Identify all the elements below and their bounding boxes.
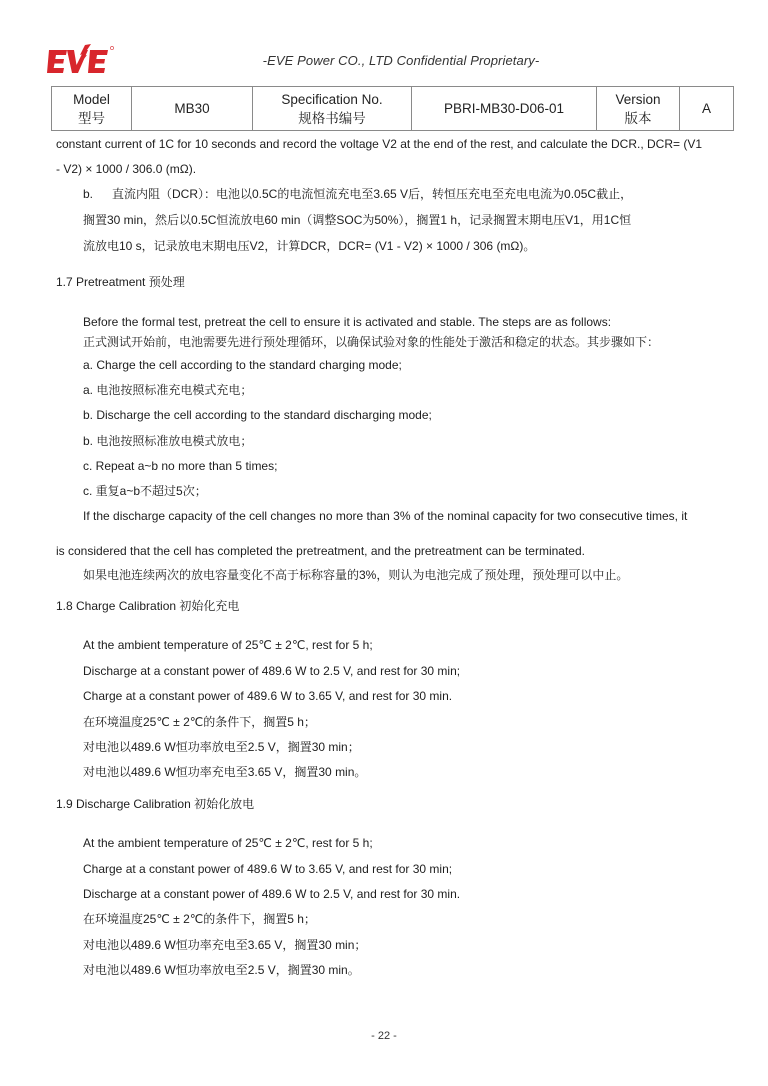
paragraph-line: At the ambient temperature of 25℃ ± 2℃, … [83,835,373,851]
paragraph-line: 直流内阻（DCR）：电池以0.5C的电流恒流充电至3.65 V后，转恒压充电至充… [112,186,632,202]
paragraph-line: b. 电池按照标准放电模式放电； [83,433,252,449]
paragraph-line: is considered that the cell has complete… [56,543,585,559]
paragraph-line: - V2) × 1000 / 306.0 (mΩ). [56,161,196,177]
version-value: A [680,87,734,131]
paragraph-line: 对电池以489.6 W恒功率放电至2.5 V，搁置30 min。 [83,962,360,978]
paragraph-line: a. Charge the cell according to the stan… [83,357,402,373]
paragraph-line: 正式测试开始前，电池需要先进行预处理循环，以确保试验对象的性能处于激活和稳定的状… [83,334,659,350]
paragraph-line: a. 电池按照标准充电模式充电； [83,382,252,398]
header-title: -EVE Power CO., LTD Confidential Proprie… [0,53,768,68]
confidential-label: -EVE Power CO., LTD Confidential Proprie… [263,53,540,68]
paragraph-line: At the ambient temperature of 25℃ ± 2℃, … [83,637,373,653]
spec-table: Model 型号 MB30 Specification No. 规格书编号 PB… [51,86,734,131]
section-heading-charge-calibration: 1.8 Charge Calibration 初始化充电 [56,598,239,614]
paragraph-line: If the discharge capacity of the cell ch… [83,508,687,524]
paragraph-line: 在环境温度25℃ ± 2℃的条件下，搁置5 h； [83,911,316,927]
paragraph-line: Discharge at a constant power of 489.6 W… [83,663,460,679]
paragraph-line: c. 重复a~b不超过5次； [83,483,207,499]
section-heading-discharge-calibration: 1.9 Discharge Calibration 初始化放电 [56,796,254,812]
version-label-cell: Version 版本 [597,87,680,131]
paragraph-line: Charge at a constant power of 489.6 W to… [83,688,452,704]
paragraph-line: constant current of 1C for 10 seconds an… [56,136,702,152]
section-heading-pretreatment: 1.7 Pretreatment 预处理 [56,274,185,290]
spec-label-en: Specification No. [253,90,411,109]
paragraph-line: 流放电10 s，记录放电末期电压V2，计算DCR，DCR= (V1 - V2) … [83,238,535,254]
list-marker: b. [83,186,93,202]
paragraph-line: 对电池以489.6 W恒功率充电至3.65 V，搁置30 min。 [83,764,366,780]
paragraph-line: 如果电池连续两次的放电容量变化不高于标称容量的3%，则认为电池完成了预处理，预处… [83,567,628,583]
version-label-zh: 版本 [597,109,679,128]
model-value: MB30 [132,87,253,131]
paragraph-line: c. Repeat a~b no more than 5 times; [83,458,277,474]
page-number: - 22 - [0,1030,768,1042]
spec-label-zh: 规格书编号 [253,109,411,128]
paragraph-line: 搁置30 min，然后以0.5C恒流放电60 min（调整SOC为50%），搁置… [83,212,631,228]
paragraph-line: Before the formal test, pretreat the cel… [83,314,611,330]
model-label-zh: 型号 [52,109,131,128]
paragraph-line: 对电池以489.6 W恒功率充电至3.65 V，搁置30 min； [83,937,366,953]
model-label-cell: Model 型号 [52,87,132,131]
version-label-en: Version [597,90,679,109]
paragraph-line: 对电池以489.6 W恒功率放电至2.5 V，搁置30 min； [83,739,360,755]
paragraph-line: Charge at a constant power of 489.6 W to… [83,861,452,877]
paragraph-line: 在环境温度25℃ ± 2℃的条件下，搁置5 h； [83,714,316,730]
model-label-en: Model [52,90,131,109]
paragraph-line: b. Discharge the cell according to the s… [83,407,432,423]
paragraph-line: Discharge at a constant power of 489.6 W… [83,886,460,902]
spec-value: PBRI-MB30-D06-01 [412,87,597,131]
spec-table-row: Model 型号 MB30 Specification No. 规格书编号 PB… [52,87,734,131]
spec-label-cell: Specification No. 规格书编号 [253,87,412,131]
